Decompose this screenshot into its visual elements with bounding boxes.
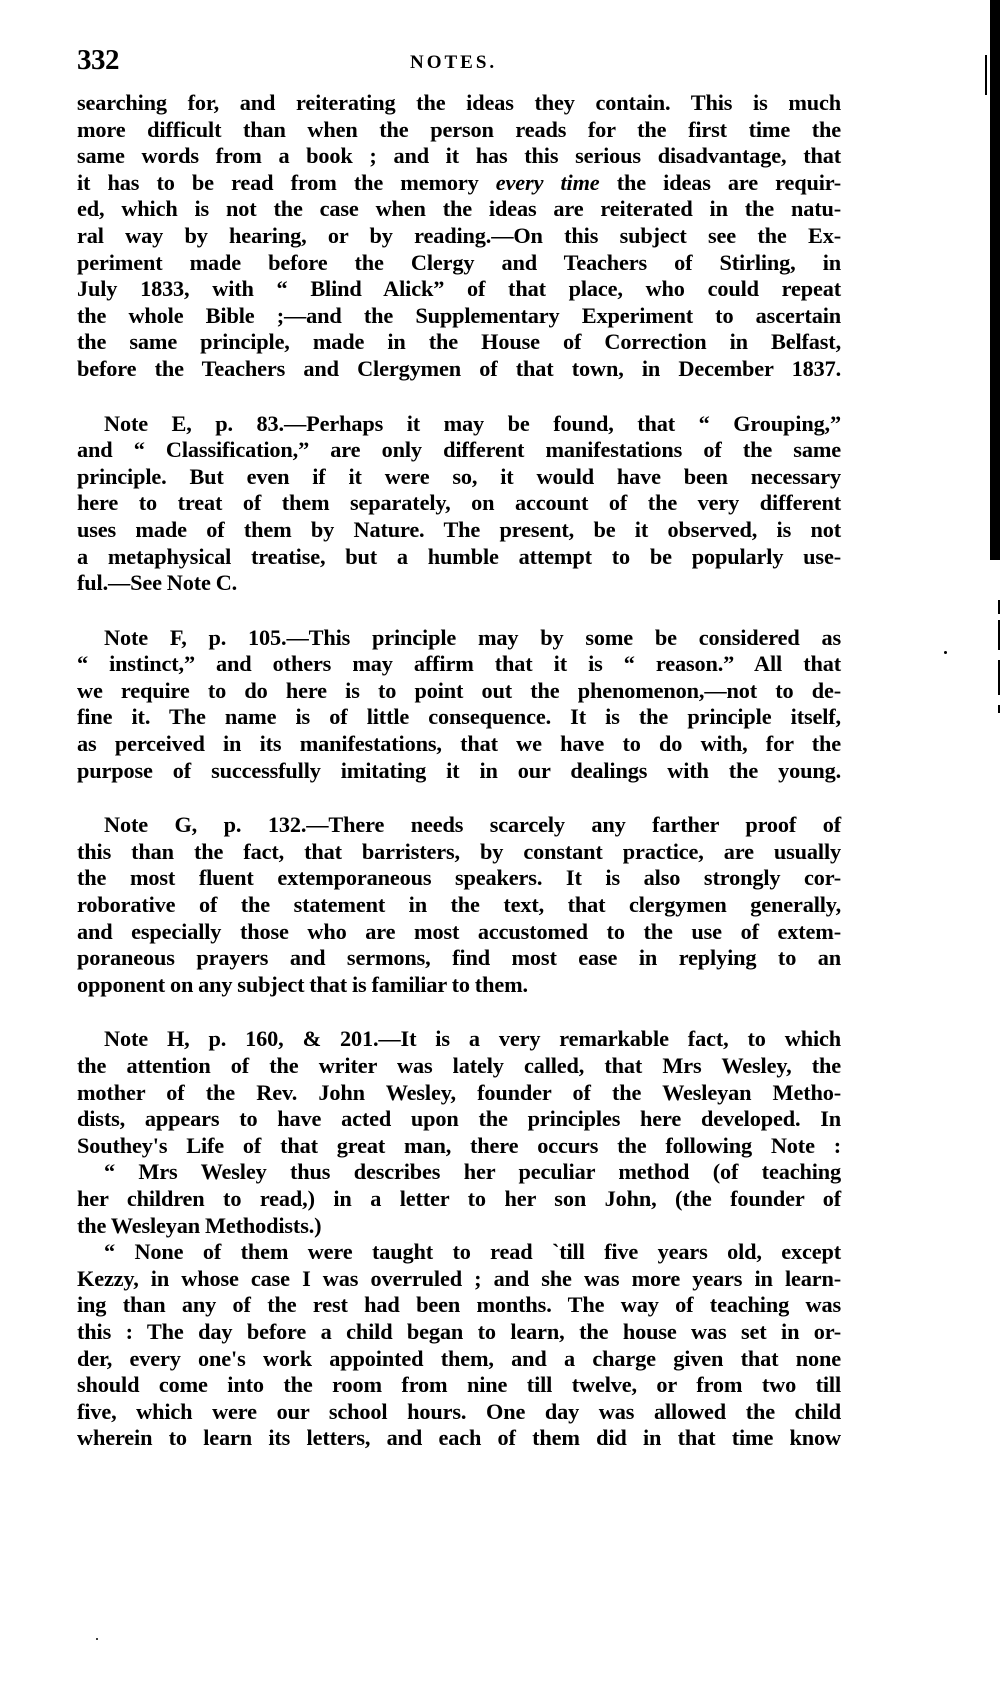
emphasized-text: every time (496, 170, 600, 195)
running-head: NOTES. (410, 52, 497, 74)
text-line: searching for, and reiterating the ideas… (77, 90, 841, 117)
text-segment: it has to be read from the memory (77, 170, 496, 195)
text-line: as perceived in its manifestations, that… (77, 731, 841, 758)
scan-speck (944, 651, 947, 654)
text-line: Southey's Life of that great man, there … (77, 1133, 841, 1160)
text-line-with-emphasis: it has to be read from the memory every … (77, 170, 841, 197)
text-line: this : The day before a child began to l… (77, 1319, 841, 1346)
text-line: Note E, p. 83.—Perhaps it may be found, … (77, 411, 841, 438)
text-line: July 1833, with “ Blind Alick” of that p… (77, 276, 841, 303)
text-line: we require to do here is to point out th… (77, 678, 841, 705)
text-line: and especially those who are most accust… (77, 919, 841, 946)
text-line: a metaphysical treatise, but a humble at… (77, 544, 841, 571)
text-line: “ None of them were taught to read `till… (77, 1239, 841, 1266)
text-line: and “ Classification,” are only differen… (77, 437, 841, 464)
text-line: the same principle, made in the House of… (77, 329, 841, 356)
text-line: roborative of the statement in the text,… (77, 892, 841, 919)
text-line: mother of the Rev. John Wesley, founder … (77, 1080, 841, 1107)
quotation-intro: “ Mrs Wesley thus describes her peculiar… (77, 1159, 841, 1239)
paragraph-spacer (77, 383, 841, 411)
text-line: ful.—See Note C. (77, 570, 841, 597)
note-h: Note H, p. 160, & 201.—It is a very rema… (77, 1026, 841, 1159)
quotation-body: “ None of them were taught to read `till… (77, 1239, 841, 1452)
paragraph-continuation: searching for, and reiterating the ideas… (77, 90, 841, 383)
note-f: Note F, p. 105.—This principle may by so… (77, 625, 841, 785)
text-line: the most fluent extemporaneous speakers.… (77, 865, 841, 892)
page-body: searching for, and reiterating the ideas… (77, 90, 841, 1452)
note-g: Note G, p. 132.—There needs scarcely any… (77, 812, 841, 998)
text-line: before the Teachers and Clergymen of tha… (77, 356, 841, 383)
text-line: ral way by hearing, or by reading.—On th… (77, 223, 841, 250)
text-line: principle. But even if it were so, it wo… (77, 464, 841, 491)
text-line: opponent on any subject that is familiar… (77, 972, 841, 999)
page-number: 332 (77, 44, 119, 77)
text-line: should come into the room from nine till… (77, 1372, 841, 1399)
text-segment: the ideas are requir- (600, 170, 841, 195)
text-line: the attention of the writer was lately c… (77, 1053, 841, 1080)
book-page: 332 NOTES. searching for, and reiteratin… (77, 40, 841, 1452)
text-line: here to treat of them separately, on acc… (77, 490, 841, 517)
scan-speck (96, 1638, 98, 1640)
page-header: 332 NOTES. (77, 40, 841, 90)
text-line: the Wesleyan Methodists.) (77, 1213, 841, 1240)
text-line: Kezzy, in whose case I was overruled ; a… (77, 1266, 841, 1293)
text-line: uses made of them by Nature. The present… (77, 517, 841, 544)
text-line: der, every one's work appointed them, an… (77, 1346, 841, 1373)
paragraph-spacer (77, 597, 841, 625)
text-line: same words from a book ; and it has this… (77, 143, 841, 170)
text-line: poraneous prayers and sermons, find most… (77, 945, 841, 972)
text-line: periment made before the Clergy and Teac… (77, 250, 841, 277)
text-line: Note F, p. 105.—This principle may by so… (77, 625, 841, 652)
paragraph-spacer (77, 998, 841, 1026)
text-line: her children to read,) in a letter to he… (77, 1186, 841, 1213)
text-line: ed, which is not the case when the ideas… (77, 196, 841, 223)
text-line: wherein to learn its letters, and each o… (77, 1425, 841, 1452)
text-line: “ Mrs Wesley thus describes her peculiar… (77, 1159, 841, 1186)
scan-edge-mark (985, 55, 987, 95)
text-line: “ instinct,” and others may affirm that … (77, 651, 841, 678)
text-line: the whole Bible ;—and the Supplementary … (77, 303, 841, 330)
text-line: ing than any of the rest had been months… (77, 1292, 841, 1319)
text-line: Note G, p. 132.—There needs scarcely any… (77, 812, 841, 839)
scan-page-edge (990, 0, 1000, 560)
text-line: this than the fact, that barristers, by … (77, 839, 841, 866)
text-line: dists, appears to have acted upon the pr… (77, 1106, 841, 1133)
text-line: purpose of successfully imitating it in … (77, 758, 841, 785)
note-e: Note E, p. 83.—Perhaps it may be found, … (77, 411, 841, 597)
text-line: five, which were our school hours. One d… (77, 1399, 841, 1426)
paragraph-spacer (77, 784, 841, 812)
text-line: more difficult than when the person read… (77, 117, 841, 144)
text-line: fine it. The name is of little consequen… (77, 704, 841, 731)
text-line: Note H, p. 160, & 201.—It is a very rema… (77, 1026, 841, 1053)
